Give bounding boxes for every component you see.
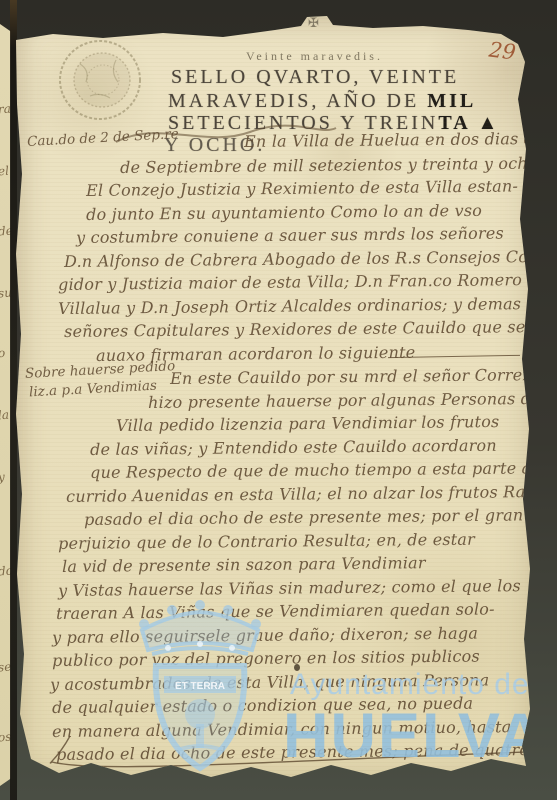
manuscript-line: la vid de presente sin sazon para Vendim… (62, 553, 426, 576)
manuscript-line: y para ello seguirsele graue daño; dixer… (52, 624, 478, 647)
closing-flourish (40, 730, 540, 780)
stamp-text: MARAVEDIS, AÑO DE (168, 90, 427, 112)
margin-flourish (526, 288, 540, 368)
embossed-seal-icon (50, 34, 150, 129)
manuscript-line: perjuizio que de lo Contrario Resulta; e… (58, 530, 475, 553)
edge-text-fragment: o (0, 346, 6, 360)
margin-note-subject: liz.a p.a Vendimias (29, 378, 158, 401)
binding-gutter (10, 0, 17, 800)
manuscript-line: do junto En su ayuntamiento Como lo an d… (86, 201, 482, 224)
manuscript-line: de Septiembre de mill setezientos y trei… (120, 153, 557, 177)
manuscript-line: de qualquier estado o condizion que sea,… (52, 694, 473, 717)
stamp-small-header: Veinte maravedis. (246, 49, 383, 64)
manuscript-line: hizo presente hauerse por algunas Person… (148, 388, 557, 412)
folio-number: 29 (488, 37, 517, 64)
manuscript-page: ✠ Veinte maravedis. SELLO QVARTO, VEINTE… (13, 14, 547, 794)
ink-blot (294, 664, 300, 671)
stamp-text: SELLO QVARTO, VEINTE (171, 66, 459, 88)
cross-ornament-icon: ✠ (308, 16, 319, 31)
manuscript-line: Villa pedido lizenzia para Vendimiar los… (116, 412, 500, 435)
manuscript-line: y costumbre conuiene a sauer sus mrds lo… (76, 224, 504, 247)
manuscript-line: que Respecto de que de mucho tiempo a es… (90, 458, 542, 482)
edge-text-fragment: y (0, 470, 5, 484)
stamp-line: MARAVEDIS, AÑO DE MIL (168, 90, 476, 113)
manuscript-line: auaxo firmaran acordaron lo siguiente (96, 343, 415, 365)
manuscript-line: D.n Alfonso de Cabrera Abogado de los R.… (64, 247, 557, 271)
manuscript-line: gidor y Justizia maior de esta Villa; D.… (58, 270, 522, 294)
manuscript-line: En este Cauildo por su mrd el señor Corr… (170, 365, 557, 388)
manuscript-line: de las viñas; y Entendido este Cauildo a… (90, 436, 497, 459)
manuscript-line: currido Auenidas en esta Villa; el no al… (66, 482, 557, 506)
manuscript-line: El Conzejo Justizia y Reximiento de esta… (86, 176, 518, 200)
manuscript-line: traeran A las Viñas que se Vendimiaren q… (56, 599, 495, 623)
manuscript-line: publico por voz del pregonero en los sit… (52, 647, 480, 670)
edge-text-fragment: la (0, 408, 9, 423)
manuscript-line: Villalua y D.n Joseph Ortiz Alcaldes ord… (58, 294, 521, 318)
manuscript-line: y Vistas hauerse las Viñas sin madurez; … (58, 576, 521, 600)
stamp-text-bold: MIL (427, 90, 476, 112)
manuscript-line: En la Villa de Huelua en dos dias del me… (244, 128, 557, 151)
edge-text-fragment: el (0, 164, 9, 179)
manuscript-line: pasado el dia ocho de este presente mes;… (84, 505, 523, 529)
manuscript-line: y acostumbrados, de esta Villa, que ning… (50, 670, 489, 694)
manuscript-line: señores Capitulares y Rexidores de este … (64, 317, 526, 341)
stamp-line: SELLO QVARTO, VEINTE (171, 66, 459, 89)
